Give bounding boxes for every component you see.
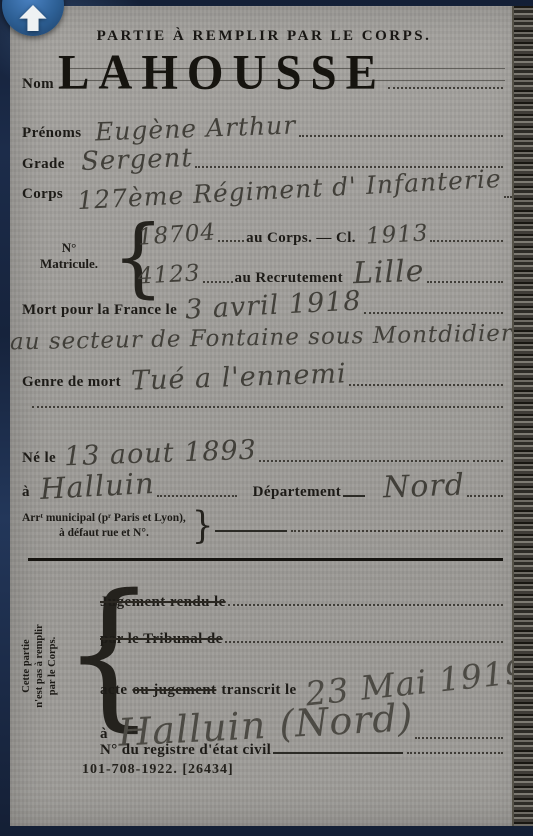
dotted-rule [388, 87, 503, 89]
arr-label-line2: à défaut rue et N°. [22, 526, 186, 541]
nom-label: Nom [22, 76, 54, 93]
solid-rule [343, 495, 365, 497]
dotted-rule [299, 135, 503, 137]
transcrit-lieu-label: à [100, 726, 108, 743]
solid-rule [215, 530, 287, 532]
field-corps: Corps 127ème Régiment d' Infanterie [22, 177, 505, 203]
registre-label: N° du registre d'état civil [100, 742, 271, 759]
transcrit-label-suffix: transcrit le [221, 682, 296, 699]
mort-label: Mort pour la France le [22, 302, 177, 319]
lieu-value: au secteur de Fontaine sous Montdidier (… [10, 321, 533, 355]
side-note-vertical: Cette partie n'est pas à remplir par le … [20, 600, 60, 732]
field-ne-a: à Halluin Département Nord [22, 472, 505, 502]
up-arrow-icon [18, 5, 48, 31]
print-code: 101-708-1922. [26434] [82, 762, 234, 778]
genre-label: Genre de mort [22, 374, 121, 391]
departement-label: Département [253, 484, 342, 501]
dotted-rule [225, 641, 503, 643]
prenoms-label: Prénoms [22, 125, 81, 142]
field-lieu: au secteur de Fontaine sous Montdidier (… [10, 326, 505, 349]
dotted-rule [228, 604, 503, 606]
field-arr-municipal: Arrᵗ municipal (pʳ Paris et Lyon), à déf… [22, 506, 505, 546]
dotted-rule [349, 384, 503, 386]
grade-value: Sergent [80, 145, 193, 175]
field-transcrit: acte ou jugement transcrit le 23 Mai 191… [100, 666, 505, 699]
field-genre: Genre de mort Tué a l'ennemi [22, 364, 505, 391]
matricule-corps-line: 18704 au Corps. — Cl. 1913 [138, 224, 505, 247]
field-registre: N° du registre d'état civil [100, 742, 505, 759]
au-corps-label: au Corps. — Cl. [246, 230, 356, 247]
arr-brace: } [192, 504, 214, 548]
mort-value: 3 avril 1918 [185, 287, 363, 323]
dotted-rule [473, 460, 503, 462]
matricule-corps-number: 18704 [137, 221, 217, 249]
transcrit-label-struck: ou jugement [132, 682, 216, 699]
dotted-rule [364, 312, 503, 314]
prenoms-value: Eugène Arthur [95, 112, 297, 144]
dotted-rule [218, 240, 244, 242]
dotted-rule [203, 281, 233, 283]
page-edge-band [512, 6, 533, 826]
empty-rule-row [30, 406, 505, 408]
ne-le-label: Né le [22, 450, 56, 467]
civil-registry-section: Cette partie n'est pas à remplir par le … [22, 584, 505, 774]
matricule-label: N° Matricule. [26, 240, 112, 272]
field-jugement: Jugement rendu le [100, 594, 505, 611]
field-tribunal: par le Tribunal de [100, 631, 505, 648]
field-ne-le: Né le 13 aout 1893 [22, 440, 505, 467]
ne-le-value: 13 aout 1893 [64, 437, 258, 471]
dotted-rule [427, 281, 504, 283]
field-prenoms: Prénoms Eugène Arthur [22, 116, 505, 142]
dotted-rule [259, 460, 469, 462]
recrutement-place-value: Lille [353, 257, 425, 289]
au-recrutement-label: au Recrutement [235, 270, 343, 287]
departement-value: Nord [383, 471, 466, 504]
jugement-label: Jugement rendu le [100, 594, 226, 611]
dotted-rule [430, 240, 503, 242]
dotted-rule [467, 495, 503, 497]
ne-a-value: Halluin [39, 469, 155, 504]
grade-label: Grade [22, 156, 65, 173]
dotted-rule [407, 752, 503, 754]
ne-a-label: à [22, 484, 30, 501]
field-transcrit-lieu: à Halluin (Nord) [100, 706, 505, 744]
matricule-recrutement-number: 4123 [137, 262, 201, 288]
form-title: PARTIE À REMPLIR PAR LE CORPS. [65, 28, 463, 45]
corps-label: Corps [22, 186, 63, 203]
matricule-recrutement-line: 4123 au Recrutement Lille [138, 258, 505, 288]
arr-label-block: Arrᵗ municipal (pʳ Paris et Lyon), à déf… [22, 511, 186, 541]
solid-rule [273, 752, 403, 754]
matricule-label-line1: N° [26, 240, 112, 256]
tribunal-label: par le Tribunal de [100, 631, 223, 648]
nom-value-stamp: LAHOUSSE [58, 51, 386, 95]
classe-value: 1913 [365, 222, 429, 248]
dotted-rule [504, 196, 512, 198]
document-scan-canvas[interactable]: PARTIE À REMPLIR PAR LE CORPS. Nom LAHOU… [10, 6, 533, 826]
dotted-rule [157, 495, 237, 497]
field-nom: Nom LAHOUSSE [22, 52, 505, 94]
transcrit-label-prefix: acte [100, 682, 127, 699]
matricule-label-line2: Matricule. [26, 256, 112, 272]
dotted-rule [415, 737, 503, 739]
arr-label-line1: Arrᵗ municipal (pʳ Paris et Lyon), [22, 511, 186, 526]
dotted-rule [291, 530, 503, 532]
genre-value: Tué a l'ennemi [131, 360, 347, 395]
dotted-rule [32, 406, 503, 408]
field-mort: Mort pour la France le 3 avril 1918 [22, 292, 505, 319]
